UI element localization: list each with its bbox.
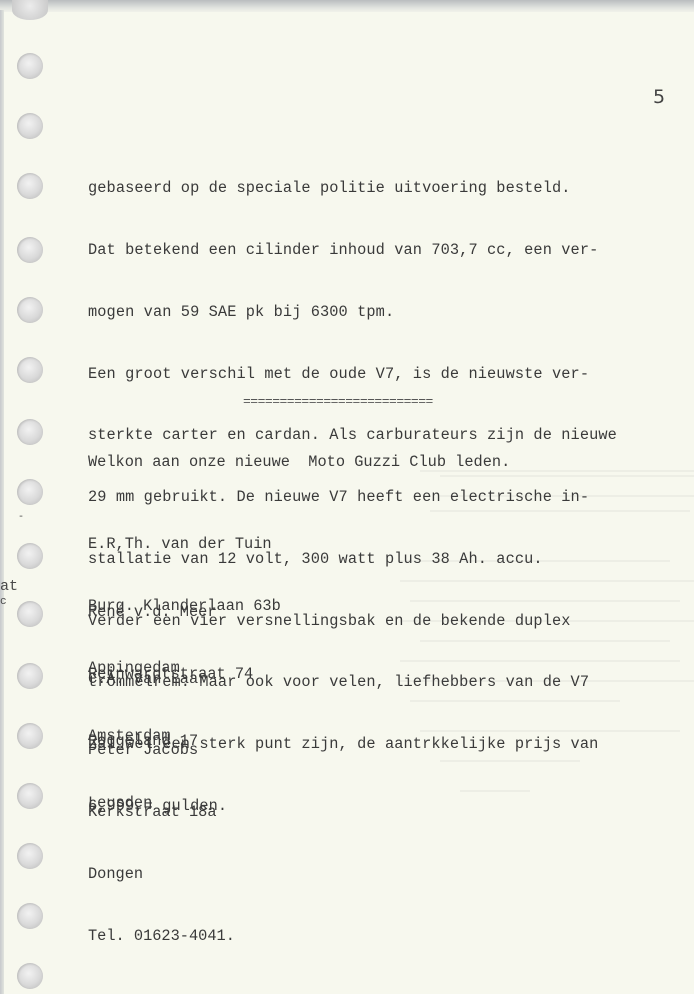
show-through-line (410, 600, 680, 602)
article-line: gebaseerd op de speciale politie uitvoer… (88, 178, 617, 199)
show-through-line (420, 470, 694, 472)
show-through-line (440, 760, 580, 762)
section-separator: ========================== (243, 394, 433, 409)
scan-left-edge (0, 10, 4, 994)
punch-hole (17, 297, 43, 323)
show-through-line (400, 580, 694, 582)
article-line: Een groot verschil met de oude V7, is de… (88, 364, 617, 385)
show-through-line (420, 640, 670, 642)
punch-hole (17, 479, 43, 505)
punch-hole (17, 237, 43, 263)
article-line: mogen van 59 SAE pk bij 6300 tpm. (88, 302, 617, 323)
member-street: Kerkstraat 18a (88, 802, 235, 823)
member-name: René v.d. Meer (88, 602, 253, 623)
show-through-line (440, 495, 694, 497)
punch-hole (17, 601, 43, 627)
show-through-line (440, 475, 694, 477)
punch-hole (17, 783, 43, 809)
punch-hole (17, 173, 43, 199)
punch-hole (17, 543, 43, 569)
member-name: E.R,Th. van der Tuin (88, 534, 281, 555)
margin-fragment: at (0, 578, 18, 595)
punch-hole (17, 903, 43, 929)
show-through-line (400, 660, 680, 662)
scan-top-edge (0, 0, 694, 12)
show-through-line (400, 680, 694, 682)
show-through-line (400, 620, 694, 622)
show-through-line (430, 510, 690, 512)
show-through-line (420, 730, 680, 732)
member-name: C.A. van Laar (88, 669, 207, 690)
article-line: sterkte carter en cardan. Als carburateu… (88, 425, 617, 446)
margin-fragment: - (18, 512, 24, 523)
punch-hole (17, 723, 43, 749)
show-through-line (410, 700, 620, 702)
punch-hole (17, 663, 43, 689)
show-through-line (460, 790, 530, 792)
punch-hole (17, 843, 43, 869)
punch-hole (17, 357, 43, 383)
article-line: Dat betekend een cilinder inhoud van 703… (88, 240, 617, 261)
show-through-line (400, 560, 670, 562)
punch-hole (17, 53, 43, 79)
punch-hole (17, 419, 43, 445)
punch-hole-top-partial (12, 0, 48, 20)
welcome-heading: Welkon aan onze nieuwe Moto Guzzi Club l… (88, 453, 510, 471)
punch-hole (17, 963, 43, 989)
member-phone: Tel. 01623-4041. (88, 926, 235, 947)
member-city: Dongen (88, 864, 235, 885)
member-address-4: Peter Jacobs Kerkstraat 18a Dongen Tel. … (88, 699, 235, 967)
margin-fragment: c (0, 596, 7, 608)
punch-hole (17, 113, 43, 139)
page-number: 5 (653, 86, 665, 108)
member-name: Peter Jacobs (88, 740, 235, 761)
